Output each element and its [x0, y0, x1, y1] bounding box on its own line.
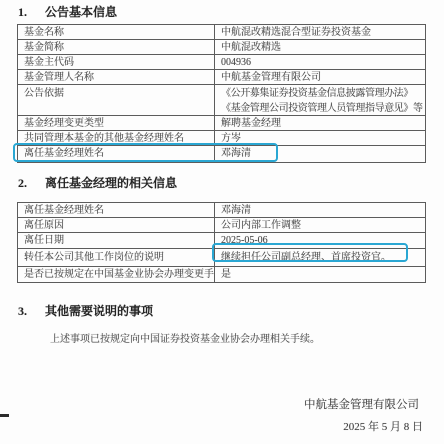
- row-label: 基金名称: [18, 25, 215, 39]
- table-row: 公告依据 《公开募集证券投资基金信息披露管理办法》 《基金管理公司投资管理人员管…: [18, 85, 425, 116]
- section-number: 1.: [18, 6, 42, 19]
- row-value-line-1: 《公开募集证券投资基金信息披露管理办法》: [221, 86, 425, 101]
- highlight-box-departing-manager-row: [13, 143, 278, 162]
- table-row: 离任原因 公司内部工作调整: [18, 218, 425, 233]
- section-heading-3: 3. 其他需要说明的事项: [18, 305, 153, 318]
- row-value: 《公开募集证券投资基金信息披露管理办法》 《基金管理公司投资管理人员管理指导意见…: [215, 85, 425, 115]
- section-number: 3.: [18, 305, 42, 318]
- row-value: 邓海清: [215, 203, 425, 217]
- table-row: 基金简称 中航混改精选: [18, 40, 425, 55]
- row-value: 中航基金管理有限公司: [215, 70, 425, 84]
- section-title: 其他需要说明的事项: [45, 304, 153, 318]
- row-label: 基金管理人名称: [18, 70, 215, 84]
- note-paragraph: 上述事项已按规定向中国证券投资基金业协会办理相关手续。: [50, 330, 320, 345]
- section-title: 公告基本信息: [45, 5, 117, 19]
- row-label: 公告依据: [18, 85, 215, 115]
- table-row: 基金管理人名称 中航基金管理有限公司: [18, 70, 425, 85]
- row-value: 是: [215, 267, 425, 282]
- table-row: 基金名称 中航混改精选混合型证券投资基金: [18, 25, 425, 40]
- row-label: 离任基金经理姓名: [18, 203, 215, 217]
- row-label: 是否已按规定在中国基金业协会办理变更手续: [18, 267, 215, 282]
- row-label: 基金简称: [18, 40, 215, 54]
- section-title: 离任基金经理的相关信息: [45, 176, 177, 190]
- announcement-document: 1. 公告基本信息 基金名称 中航混改精选混合型证券投资基金 基金简称 中航混改…: [0, 0, 444, 444]
- row-value: 公司内部工作调整: [215, 218, 425, 232]
- row-value: 004936: [215, 55, 425, 69]
- highlight-box-new-role-value: [212, 243, 408, 262]
- row-value-line-2: 《基金管理公司投资管理人员管理指导意见》等: [221, 101, 425, 115]
- table-row: 基金主代码 004936: [18, 55, 425, 70]
- table-row: 基金经理变更类型 解聘基金经理: [18, 116, 425, 131]
- signature-company: 中航基金管理有限公司: [304, 396, 419, 412]
- row-value: 中航混改精选: [215, 40, 425, 54]
- table-row: 是否已按规定在中国基金业协会办理变更手续 是: [18, 267, 425, 282]
- row-label: 离任原因: [18, 218, 215, 232]
- row-label: 离任日期: [18, 233, 215, 248]
- row-label: 转任本公司其他工作岗位的说明: [18, 249, 215, 266]
- row-label: 基金主代码: [18, 55, 215, 69]
- row-value: 解聘基金经理: [215, 116, 425, 130]
- section-heading-2: 2. 离任基金经理的相关信息: [18, 177, 177, 190]
- section-number: 2.: [18, 177, 42, 190]
- signature-date: 2025 年 5 月 8 日: [343, 418, 423, 434]
- table-row: 离任基金经理姓名 邓海清: [18, 203, 425, 218]
- row-value: 中航混改精选混合型证券投资基金: [215, 25, 425, 39]
- row-label: 基金经理变更类型: [18, 116, 215, 130]
- section-heading-1: 1. 公告基本信息: [18, 6, 117, 19]
- scan-artifact-mark: [0, 414, 9, 417]
